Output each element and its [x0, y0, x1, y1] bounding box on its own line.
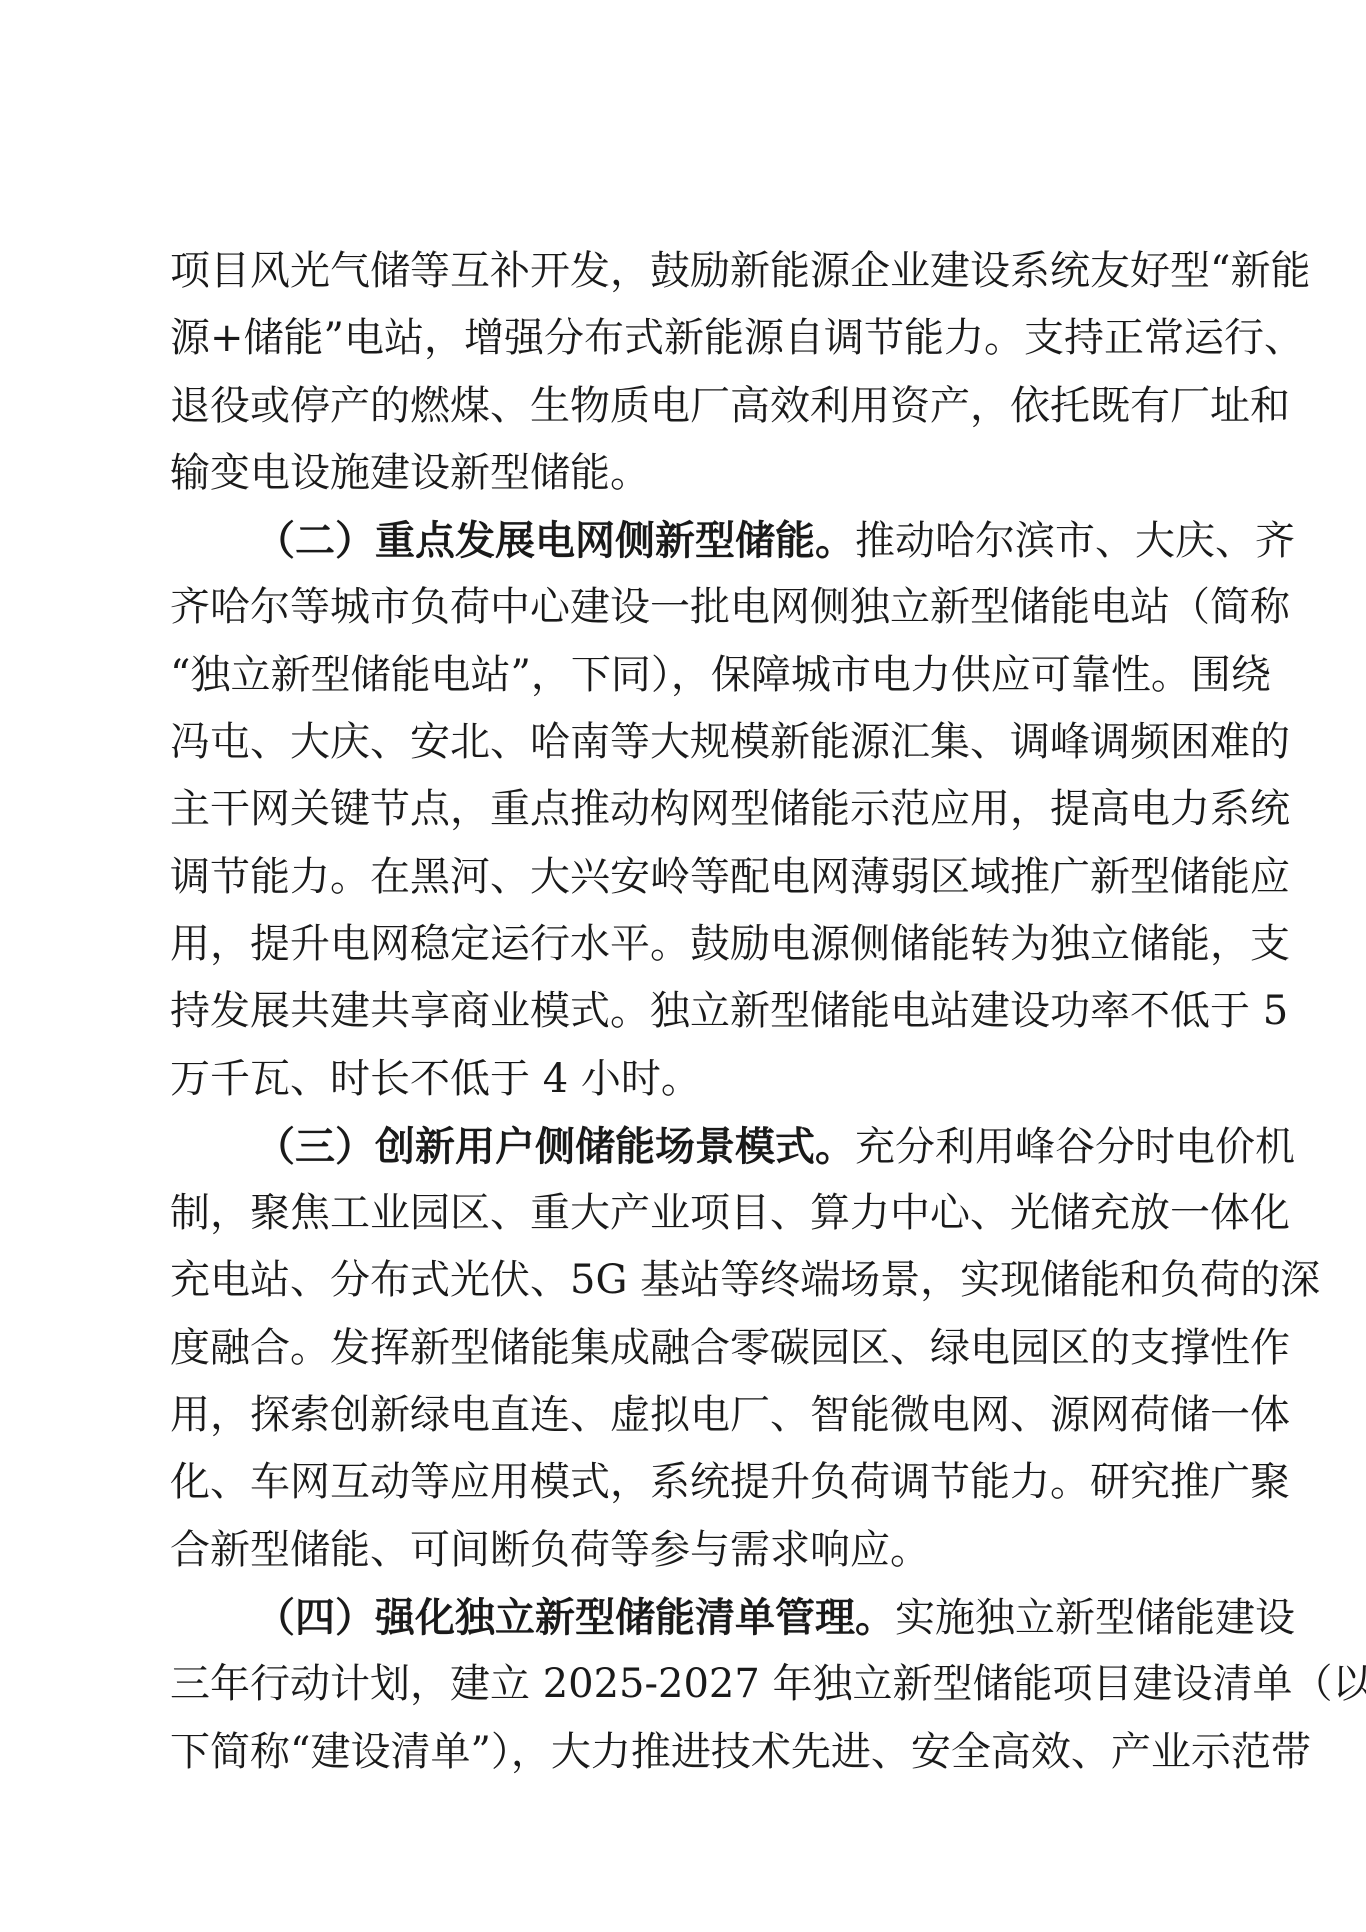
- text-run: 推动哈尔滨市、大庆、齐: [855, 518, 1295, 564]
- text-line: 退役或停产的燃煤、生物质电厂高效利用资产，依托既有厂址和: [170, 373, 1192, 440]
- text-line: 冯屯、大庆、安北、哈南等大规模新能源汇集、调峰调频困难的: [170, 709, 1192, 776]
- text-line: 源+储能”电站，增强分布式新能源自调节能力。支持正常运行、: [170, 305, 1192, 372]
- text-line: 主干网关键节点，重点推动构网型储能示范应用，提高电力系统: [170, 776, 1192, 843]
- text-line: 制，聚焦工业园区、重大产业项目、算力中心、光储充放一体化: [170, 1180, 1192, 1247]
- text-line: 持发展共建共享商业模式。独立新型储能电站建设功率不低于 5: [170, 978, 1192, 1045]
- text-line: （三）创新用户侧储能场景模式。充分利用峰谷分时电价机: [170, 1113, 1192, 1180]
- text-run: 充分利用峰谷分时电价机: [855, 1124, 1295, 1170]
- document-page: 项目风光气储等互补开发，鼓励新能源企业建设系统友好型“新能 源+储能”电站，增强…: [0, 0, 1366, 1932]
- paragraph-user-side-storage: （三）创新用户侧储能场景模式。充分利用峰谷分时电价机 制，聚焦工业园区、重大产业…: [170, 1113, 1192, 1584]
- text-line: 合新型储能、可间断负荷等参与需求响应。: [170, 1517, 1192, 1584]
- text-line: 项目风光气储等互补开发，鼓励新能源企业建设系统友好型“新能: [170, 238, 1192, 305]
- paragraph-storage-list-management: （四）强化独立新型储能清单管理。实施独立新型储能建设 三年行动计划，建立 202…: [170, 1584, 1192, 1786]
- text-line: 度融合。发挥新型储能集成融合零碳园区、绿电园区的支撑性作: [170, 1315, 1192, 1382]
- text-line: 齐哈尔等城市负荷中心建设一批电网侧独立新型储能电站（简称: [170, 574, 1192, 641]
- text-run: 实施独立新型储能建设: [895, 1595, 1295, 1641]
- text-line: 用，提升电网稳定运行水平。鼓励电源侧储能转为独立储能，支: [170, 911, 1192, 978]
- text-line: 充电站、分布式光伏、5G 基站等终端场景，实现储能和负荷的深: [170, 1247, 1192, 1314]
- section-heading: （三）创新用户侧储能场景模式。: [255, 1123, 855, 1170]
- text-line: 调节能力。在黑河、大兴安岭等配电网薄弱区域推广新型储能应: [170, 844, 1192, 911]
- text-line: 万千瓦、时长不低于 4 小时。: [170, 1046, 1192, 1113]
- text-line: 用，探索创新绿电直连、虚拟电厂、智能微电网、源网荷储一体: [170, 1382, 1192, 1449]
- paragraph-wind-solar-storage: 项目风光气储等互补开发，鼓励新能源企业建设系统友好型“新能 源+储能”电站，增强…: [170, 238, 1192, 507]
- text-line: 输变电设施建设新型储能。: [170, 440, 1192, 507]
- section-heading: （二）重点发展电网侧新型储能。: [255, 517, 855, 564]
- text-line: 化、车网互动等应用模式，系统提升负荷调节能力。研究推广聚: [170, 1449, 1192, 1516]
- document-body: 项目风光气储等互补开发，鼓励新能源企业建设系统友好型“新能 源+储能”电站，增强…: [170, 238, 1192, 1786]
- text-line: （二）重点发展电网侧新型储能。推动哈尔滨市、大庆、齐: [170, 507, 1192, 574]
- text-line: （四）强化独立新型储能清单管理。实施独立新型储能建设: [170, 1584, 1192, 1651]
- paragraph-grid-side-storage: （二）重点发展电网侧新型储能。推动哈尔滨市、大庆、齐 齐哈尔等城市负荷中心建设一…: [170, 507, 1192, 1113]
- section-heading: （四）强化独立新型储能清单管理。: [255, 1594, 895, 1641]
- text-line: 下简称“建设清单”），大力推进技术先进、安全高效、产业示范带: [170, 1719, 1192, 1786]
- text-line: 三年行动计划，建立 2025-2027 年独立新型储能项目建设清单（以: [170, 1651, 1192, 1718]
- text-line: “独立新型储能电站”，下同），保障城市电力供应可靠性。围绕: [170, 642, 1192, 709]
